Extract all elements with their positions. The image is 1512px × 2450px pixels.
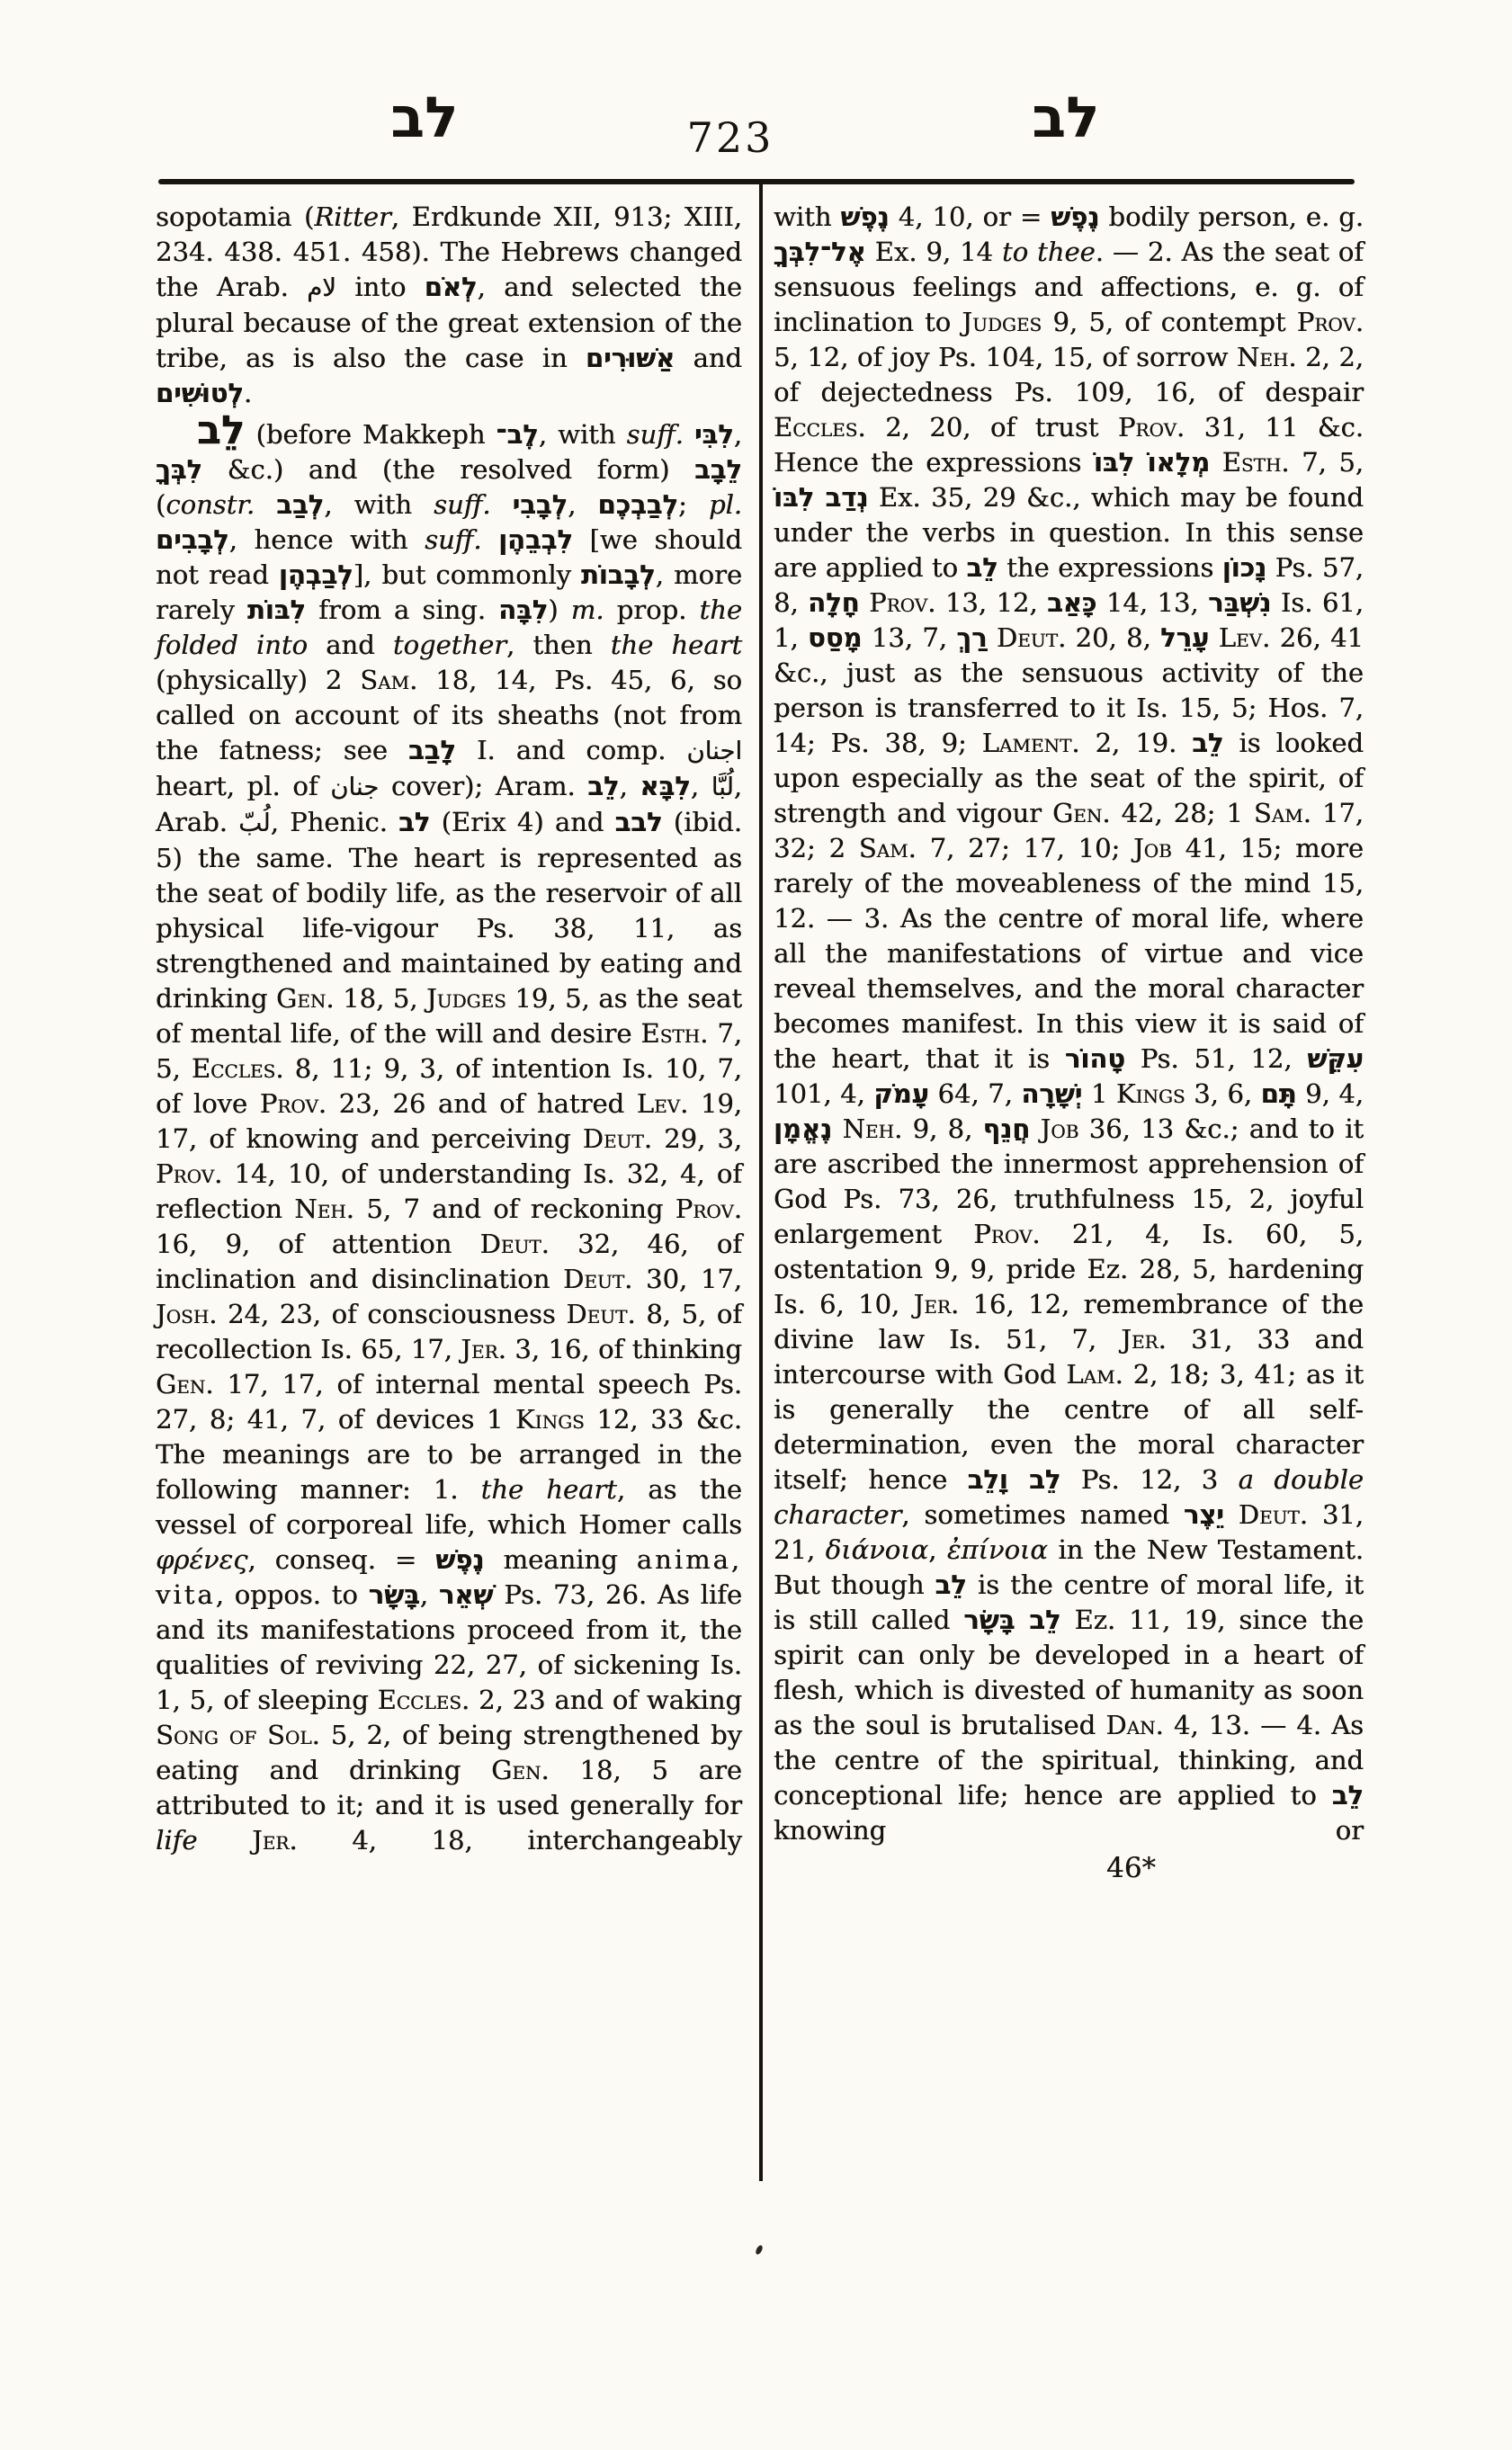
text-run: 9, 5, of contempt — [1042, 307, 1297, 337]
text-run — [255, 489, 276, 520]
text-run-sc: Kings — [515, 1404, 585, 1435]
text-run-he: לָבַב — [408, 735, 456, 765]
text-run: 4, 10, or = — [890, 201, 1051, 232]
text-run-he: יֵצֶר — [1184, 1499, 1224, 1530]
text-run-i: to thee — [1002, 237, 1096, 267]
text-run: 2, 19. — [1080, 728, 1193, 758]
text-run-sc: Gen. — [276, 983, 334, 1014]
text-run-i: constr. — [166, 489, 255, 520]
text-run — [197, 1825, 252, 1855]
text-run-he: לֵבָב — [694, 454, 742, 485]
text-run-he: לב — [398, 807, 430, 837]
text-run: 3, 16, of thinking — [506, 1334, 742, 1364]
column-divider-rule — [759, 183, 763, 2181]
text-run-sc: Eccles. — [774, 412, 866, 443]
text-run: 18, 5, — [335, 983, 426, 1014]
lexicon-page: לב 723 לב sopotamia (Ritter, Erdkunde XI… — [0, 0, 1512, 2450]
text-run — [481, 524, 498, 555]
text-run: ) — [548, 595, 570, 625]
header-keyword-right: לב — [1003, 90, 1129, 146]
text-run: , with — [324, 489, 434, 520]
header-keyword-left: לב — [362, 90, 488, 146]
text-run: 5, 7 and of reckoning — [354, 1194, 675, 1224]
text-run-he: נֶפֶשׁ — [840, 201, 889, 232]
text-run-sc: Song of Sol. — [156, 1720, 320, 1750]
text-run: heart, pl. of — [156, 771, 330, 801]
text-run: ], but commonly — [353, 559, 581, 590]
text-run-gr: διάνοια — [826, 1534, 928, 1565]
text-run-he: תָּם — [1261, 1078, 1297, 1109]
text-run: , — [691, 771, 711, 801]
text-run: , — [928, 1534, 947, 1565]
text-run-he: נְדַב לִבּוֹ — [774, 482, 868, 513]
text-run-sc: Esth. — [1222, 447, 1290, 478]
text-run-sc: Jer. — [914, 1289, 960, 1319]
text-run: 2, 20, of trust — [866, 412, 1118, 443]
text-run-sc: Lev. — [637, 1088, 689, 1119]
text-run: 14, 13, — [1096, 587, 1208, 618]
text-run-he: יְשָׁרָה — [1021, 1078, 1082, 1109]
text-run-sc: Judges — [426, 983, 506, 1014]
text-column-right: with נֶפֶשׁ 4, 10, or = נֶפֶשׁ bodily pe… — [774, 200, 1364, 1886]
text-run-he: לְבָבִים — [156, 524, 229, 555]
text-run — [1224, 1499, 1239, 1530]
text-run-he: לִבְּךָ — [156, 454, 202, 485]
paragraph: לֵב (before Makkeph לֶב־, with suff. לִב… — [156, 411, 742, 1858]
text-run: , oppos. to — [216, 1579, 369, 1610]
text-run-sc: Neh. — [1237, 342, 1297, 372]
text-column-left: sopotamia (Ritter, Erdkunde XII, 913; XI… — [156, 200, 742, 1858]
text-run-he: לֵב — [1332, 1780, 1364, 1811]
text-run-sc: Sam. — [859, 833, 917, 863]
text-run-ar: لُبّ — [238, 809, 270, 837]
text-run: with — [774, 201, 840, 232]
text-run: , — [568, 489, 597, 520]
text-run-i: m. — [571, 595, 604, 625]
text-run: I. and comp. — [456, 735, 686, 765]
text-run-he: לבב — [615, 807, 663, 837]
text-run-sc: Gen. — [491, 1755, 549, 1785]
text-run: 42, 28; 1 — [1110, 798, 1253, 828]
text-run: prop. — [604, 595, 699, 625]
text-run — [491, 489, 513, 520]
text-run-i: life — [156, 1825, 197, 1855]
text-run-he: לֶב־ — [496, 419, 538, 450]
text-run-sc: Jer. — [252, 1825, 298, 1855]
text-run-he: רַךְ — [956, 622, 987, 653]
text-run: . — [244, 378, 252, 408]
text-run-he: טָהוֹר — [1065, 1043, 1125, 1074]
text-run-sc: Deut. — [566, 1299, 635, 1329]
text-run-sc: Prov. — [1118, 412, 1185, 443]
text-run-he: עָרֵל — [1160, 622, 1209, 653]
text-run: 13, 12, — [935, 587, 1047, 618]
text-run-he: לִבּוֹת — [247, 595, 306, 625]
text-run: bodily person, e. g. — [1099, 201, 1364, 232]
text-run-he: נִשְׁבַּר — [1208, 587, 1271, 618]
text-run-he: לְבָבִי — [513, 489, 568, 520]
text-run: , — [420, 1579, 439, 1610]
text-run-he: אֶל־לִבְּךָ — [774, 237, 866, 267]
text-run — [1209, 622, 1218, 653]
text-run-sc: Lam. — [1066, 1359, 1123, 1390]
text-run-he: לִבָּא — [640, 771, 690, 801]
text-run: , hence with — [229, 524, 425, 555]
text-run: ; — [678, 489, 709, 520]
text-run: knowing or — [774, 1815, 1364, 1846]
text-run: , Phenic. — [271, 807, 399, 837]
text-run-ar: لام — [307, 273, 336, 302]
text-run: (before Makkeph — [245, 419, 496, 450]
text-run: 1 — [1082, 1078, 1116, 1109]
text-run: into — [336, 272, 425, 302]
text-run: 4, 18, interchangeably — [298, 1825, 742, 1855]
text-run-he: לֵב וָלֵב — [968, 1464, 1061, 1495]
text-run: 2, 23 and of waking — [470, 1685, 742, 1715]
text-run-sc: Neh. — [294, 1194, 354, 1224]
text-run-sc: Prov. — [260, 1088, 327, 1119]
text-run-i: together — [393, 630, 506, 660]
text-run-sc: Lament. — [982, 728, 1080, 758]
text-run: sopotamia ( — [156, 201, 314, 232]
text-run: 7, 5, — [1290, 447, 1364, 478]
text-run: 5, 12, of joy Ps. 104, 15, of sorrow — [774, 342, 1237, 372]
header-rule — [158, 179, 1355, 184]
text-run-he: לְטוּשִׁים — [156, 378, 244, 408]
text-run-he: שְׁאֵר — [439, 1579, 494, 1610]
text-run-i: suff. — [425, 524, 481, 555]
text-run-he: חֲנֵף — [983, 1113, 1031, 1144]
text-run: (physically) 2 — [156, 665, 360, 695]
text-run: cover); Aram. — [379, 771, 587, 801]
text-run: , with — [539, 419, 627, 450]
text-run: Ex. 9, 14 — [866, 237, 1002, 267]
text-run-i: the heart — [481, 1474, 617, 1505]
text-run-he: לְבָבוֹת — [581, 559, 656, 590]
text-run-sc: Deut. — [997, 622, 1066, 653]
text-run-he: לֵב — [587, 771, 619, 801]
text-run-sc: Dan. — [1105, 1710, 1163, 1740]
text-run-he: לֵב בָּשָׂר — [963, 1605, 1060, 1635]
text-run-sc: Judges — [962, 307, 1042, 337]
text-run-he: לֵב — [935, 1569, 967, 1600]
text-run-he: נֶאֱמָן — [774, 1113, 832, 1144]
text-run: 16, 9, of attention — [156, 1229, 480, 1259]
text-run: , — [620, 771, 640, 801]
text-run: 3, 6, — [1185, 1078, 1261, 1109]
text-run: 29, 3, — [652, 1123, 742, 1154]
text-run-he: לְאֹם — [425, 272, 478, 302]
text-run — [988, 622, 997, 653]
text-run-sc: Esth. — [640, 1018, 708, 1049]
text-run-sc: Sam. — [1254, 798, 1311, 828]
text-run-sc: Prov. — [869, 587, 935, 618]
page-number: 723 — [657, 113, 804, 162]
text-run-sc: Neh. — [843, 1113, 903, 1144]
text-run: , — [734, 419, 742, 450]
text-run-he: לְבַבְכֶם — [598, 489, 679, 520]
text-run-sc: Jer. — [461, 1334, 506, 1364]
text-run: Ps. 51, 12, — [1125, 1043, 1307, 1074]
text-run-ar: لُبَّا — [711, 773, 734, 801]
text-run — [684, 419, 694, 450]
text-run: 64, 7, — [929, 1078, 1021, 1109]
text-run: 20, 8, — [1066, 622, 1160, 653]
text-run-he: נֶפֶשׁ — [435, 1544, 484, 1575]
text-run: , sometimes named — [901, 1499, 1184, 1530]
text-run-he: כָּאַב — [1047, 587, 1096, 618]
text-run: Ps. 12, 3 — [1060, 1464, 1238, 1495]
text-run-he: נֶפֶשׁ — [1051, 201, 1099, 232]
text-run-he: לֵב — [966, 552, 998, 583]
text-run-sc: Jer. — [1121, 1324, 1167, 1355]
text-run-sc: Job — [1041, 1113, 1079, 1144]
text-run: , then — [506, 630, 611, 660]
text-run-sc: Eccles. — [192, 1053, 284, 1084]
text-run-he: לְבַבְהֶן — [279, 559, 353, 590]
text-run-i: Ritter — [314, 201, 390, 232]
text-run: and — [308, 630, 393, 660]
text-run-hw: לֵב — [197, 407, 245, 453]
ink-speck — [755, 2244, 764, 2256]
text-run-i: suff. — [627, 419, 684, 450]
text-run: (Erix 4) and — [430, 807, 614, 837]
text-run-he: נָכוֹן — [1222, 552, 1266, 583]
text-run-sc: Prov. — [675, 1194, 742, 1224]
text-run-gr: φρένες — [156, 1544, 247, 1575]
text-run-sc: Sam. — [360, 665, 417, 695]
text-run-sc: Eccles. — [378, 1685, 470, 1715]
text-run-he: מְלָאוֹ לִבּוֹ — [1094, 447, 1210, 478]
text-run-sc: Prov. — [973, 1219, 1040, 1249]
text-run: 101, 4, — [774, 1078, 873, 1109]
text-run: meaning — [484, 1544, 636, 1575]
text-run-he: לְבַב — [276, 489, 324, 520]
text-run — [1030, 1113, 1040, 1144]
text-run — [860, 587, 870, 618]
text-run: from a sing. — [306, 595, 498, 625]
text-run-i: suff. — [434, 489, 490, 520]
text-run-he: אַשּׁוּרִים — [586, 343, 675, 373]
text-run: , conseq. = — [247, 1544, 435, 1575]
text-run-sc: Deut. — [1239, 1499, 1308, 1530]
text-run-ar: اجنان — [686, 737, 742, 765]
text-run-sc: Deut. — [480, 1229, 550, 1259]
text-run-sc: Job — [1133, 833, 1172, 863]
text-run: the expressions — [998, 552, 1222, 583]
text-run — [1210, 447, 1222, 478]
text-run: 23, 26 and of hatred — [327, 1088, 637, 1119]
text-run-ar: جنان — [330, 773, 379, 801]
text-run: and — [675, 343, 742, 373]
text-run-he: עָמֹק — [873, 1078, 929, 1109]
text-run: 13, 7, — [862, 622, 956, 653]
text-run-he: מָסַס — [808, 622, 862, 653]
text-run-he: חָלָה — [808, 587, 859, 618]
signature-mark: 46* — [774, 1851, 1364, 1886]
text-run: 9, 4, — [1297, 1078, 1364, 1109]
paragraph: sopotamia (Ritter, Erdkunde XII, 913; XI… — [156, 200, 742, 411]
text-run-sc: Gen. — [1052, 798, 1110, 828]
paragraph: with נֶפֶשׁ 4, 10, or = נֶפֶשׁ bodily pe… — [774, 200, 1364, 1848]
text-run-sc: Deut. — [563, 1264, 632, 1294]
text-run-he: עִקֵּשׁ — [1307, 1043, 1364, 1074]
text-run-he: לִבָּה — [498, 595, 548, 625]
text-run-gr: ἐπίνοια — [947, 1534, 1048, 1565]
text-run-he: לֵב — [1192, 728, 1223, 758]
text-run: 9, 8, — [902, 1113, 982, 1144]
text-run-sc: Prov. — [1297, 307, 1364, 337]
text-run-sc: Prov. — [156, 1158, 222, 1189]
text-run: &c.) and (the resolved form) — [202, 454, 694, 485]
text-run-sc: Gen. — [156, 1369, 213, 1399]
text-run-he: בָּשָׂר — [369, 1579, 420, 1610]
text-run-i: pl. — [709, 489, 742, 520]
text-run: 41, 15; more rarely of the moveableness … — [774, 833, 1364, 1074]
text-run — [832, 1113, 842, 1144]
text-run: 30, 17, — [632, 1264, 742, 1294]
text-run-he: לִבִּי — [694, 419, 734, 450]
text-run: ( — [156, 489, 166, 520]
text-run-i: the heart — [611, 630, 742, 660]
text-run-he: לִבְבֵהֶן — [498, 524, 573, 555]
text-run-sc: Lev. — [1219, 622, 1271, 653]
text-run: 24, 23, of consciousness — [217, 1299, 566, 1329]
text-run-sc: Deut. — [583, 1123, 652, 1154]
text-run-sc: Kings — [1116, 1078, 1185, 1109]
text-run-sc: Josh. — [156, 1299, 217, 1329]
text-run: 7, 27; 17, 10; — [917, 833, 1133, 863]
